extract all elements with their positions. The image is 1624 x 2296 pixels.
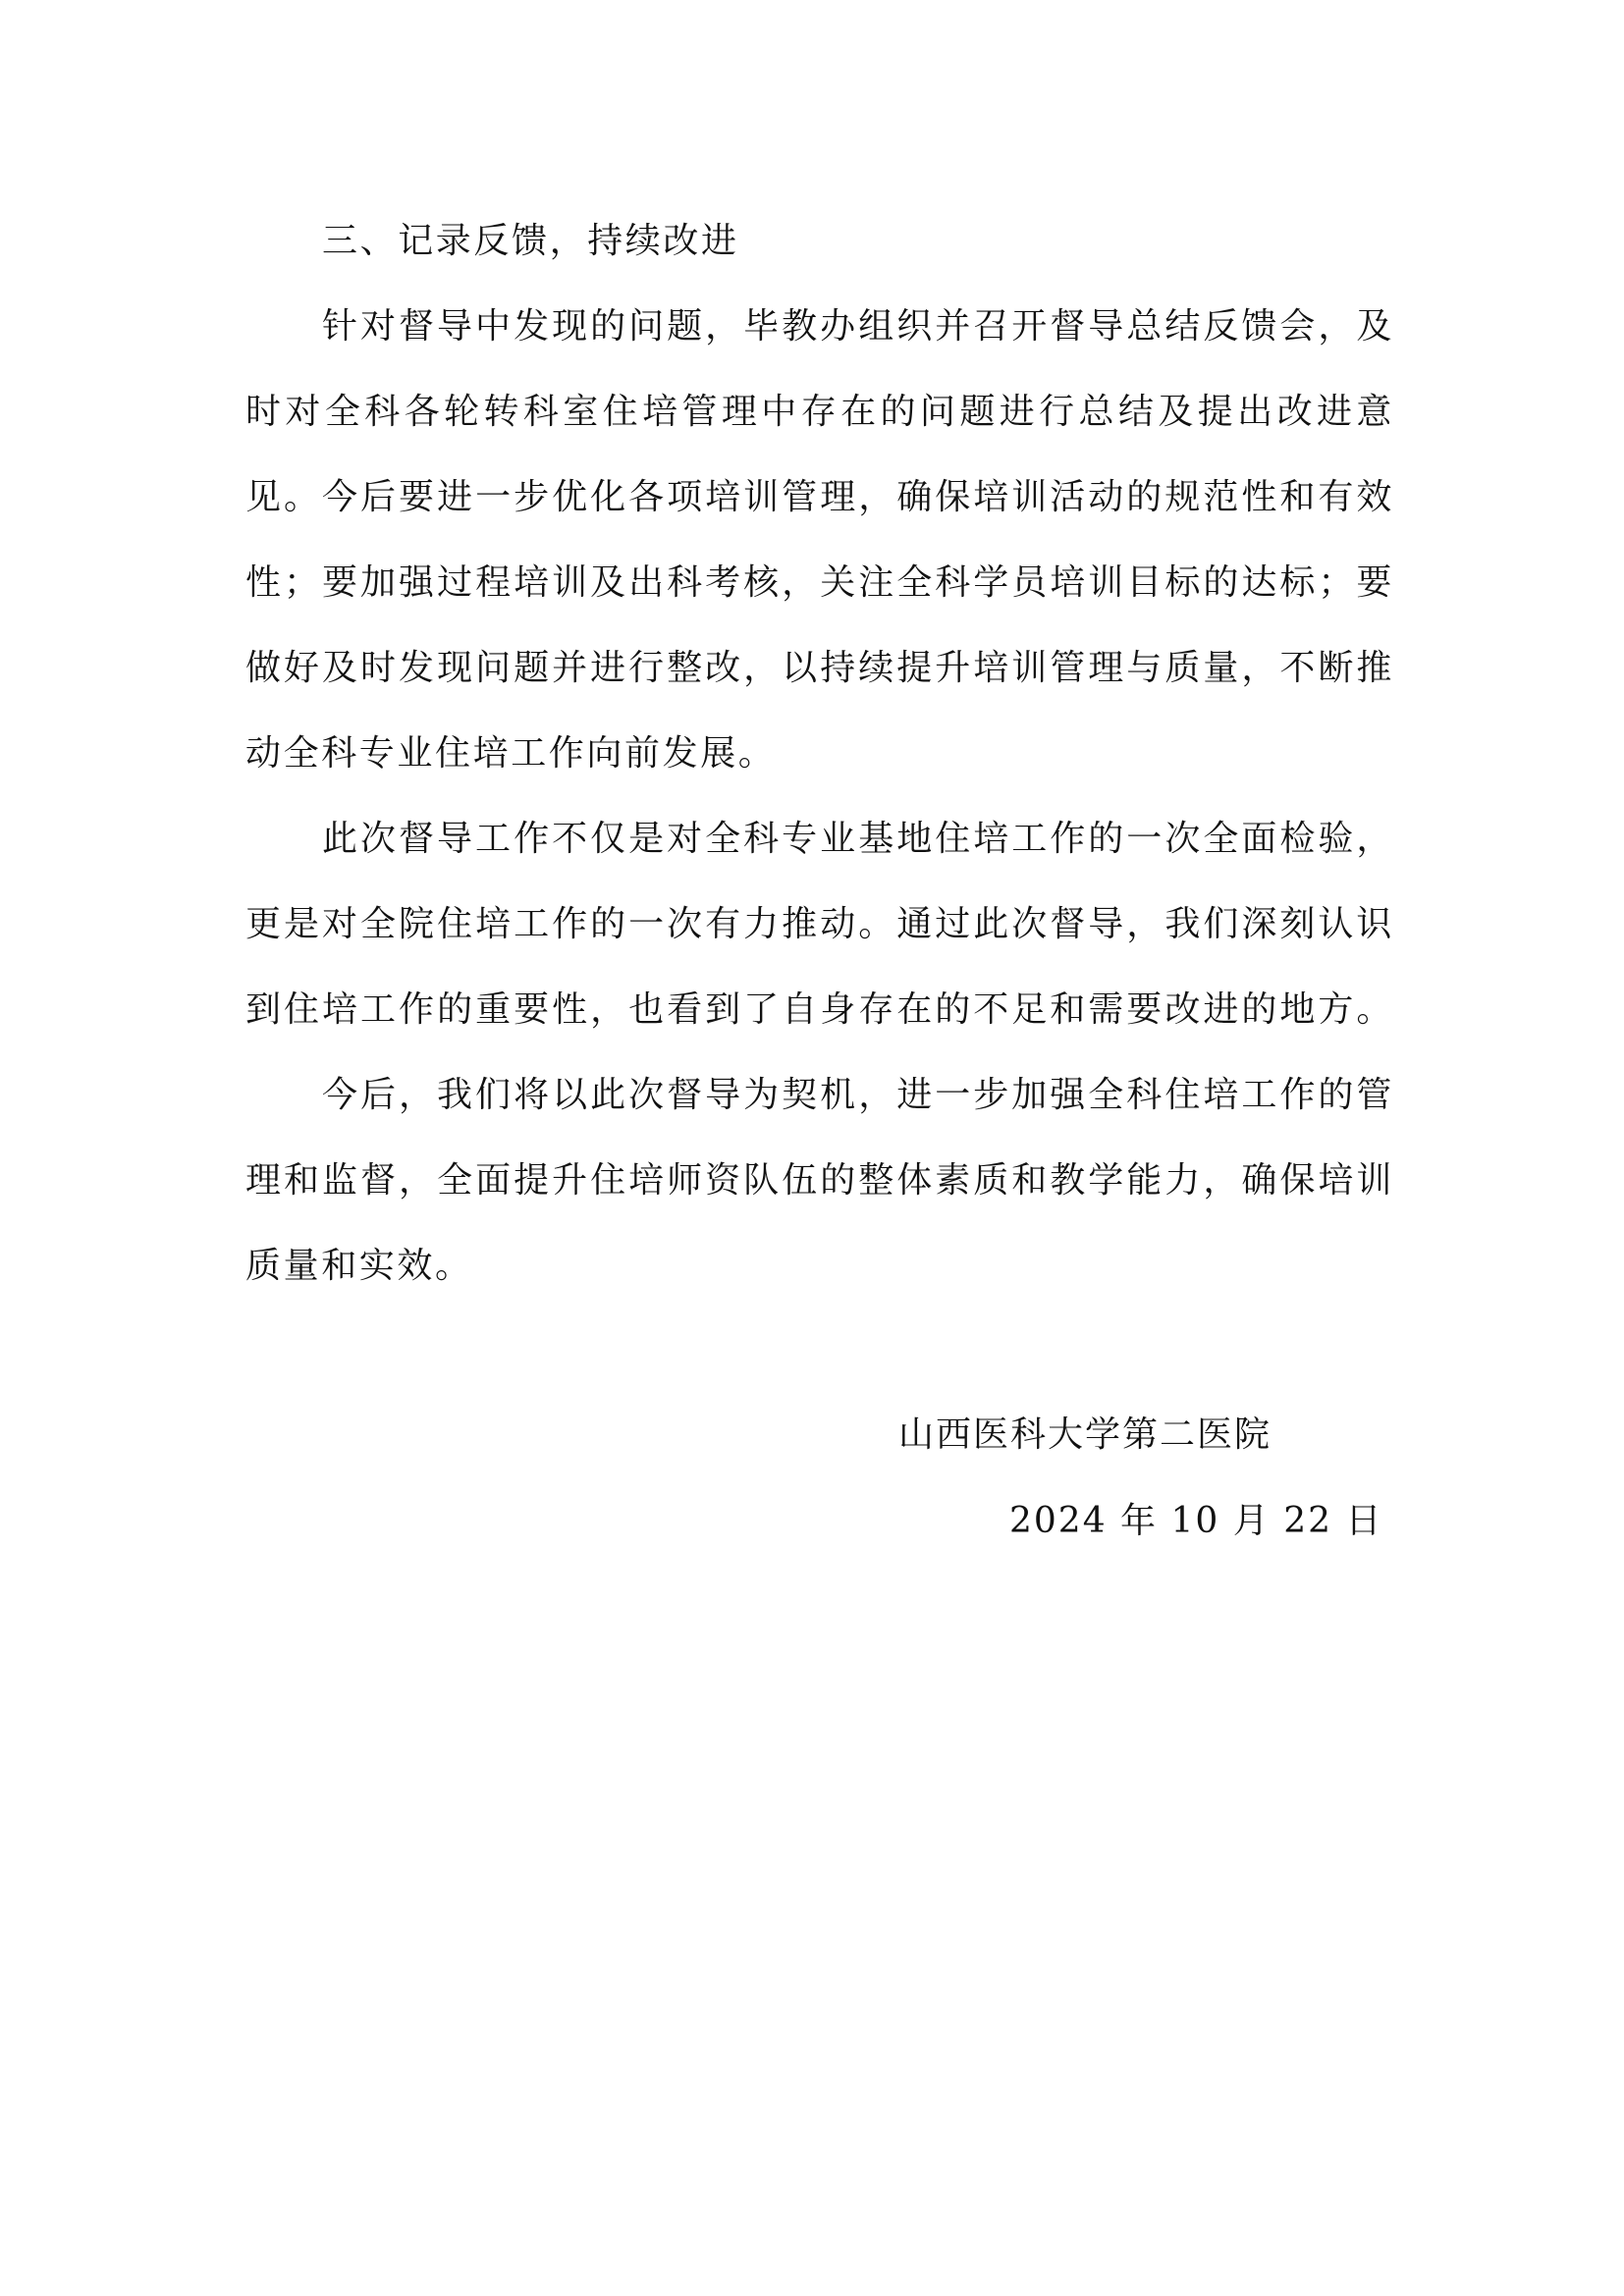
paragraph-line: 时对全科各轮转科室住培管理中存在的问题进行总结及提出改进意 [245, 391, 1394, 434]
paragraph-line: 今后，我们将以此次督导为契机，进一步加强全科住培工作的管 [322, 1074, 1394, 1117]
paragraph-line: 见。今后要进一步优化各项培训管理，确保培训活动的规范性和有效 [245, 476, 1394, 519]
paragraph-line: 针对督导中发现的问题，毕教办组织并召开督导总结反馈会，及 [322, 305, 1394, 348]
signature-organization: 山西医科大学第二医院 [898, 1414, 1272, 1457]
section-heading: 三、记录反馈，持续改进 [322, 220, 739, 263]
paragraph-line: 性；要加强过程培训及出科考核，关注全科学员培训目标的达标；要 [245, 561, 1394, 605]
paragraph-line: 动全科专业住培工作向前发展。 [245, 732, 1394, 775]
paragraph-line: 此次督导工作不仅是对全科专业基地住培工作的一次全面检验， [322, 818, 1394, 861]
paragraph-line: 更是对全院住培工作的一次有力推动。通过此次督导，我们深刻认识 [245, 903, 1394, 946]
paragraph-line: 理和监督，全面提升住培师资队伍的整体素质和教学能力，确保培训 [245, 1159, 1394, 1202]
paragraph-line: 到住培工作的重要性，也看到了自身存在的不足和需要改进的地方。 [245, 988, 1394, 1032]
document-page: 三、记录反馈，持续改进 针对督导中发现的问题，毕教办组织并召开督导总结反馈会，及… [0, 0, 1624, 2296]
signature-date: 2024 年 10 月 22 日 [1009, 1500, 1382, 1543]
paragraph-line: 质量和实效。 [245, 1245, 1394, 1288]
paragraph-line: 做好及时发现问题并进行整改，以持续提升培训管理与质量，不断推 [245, 647, 1394, 690]
